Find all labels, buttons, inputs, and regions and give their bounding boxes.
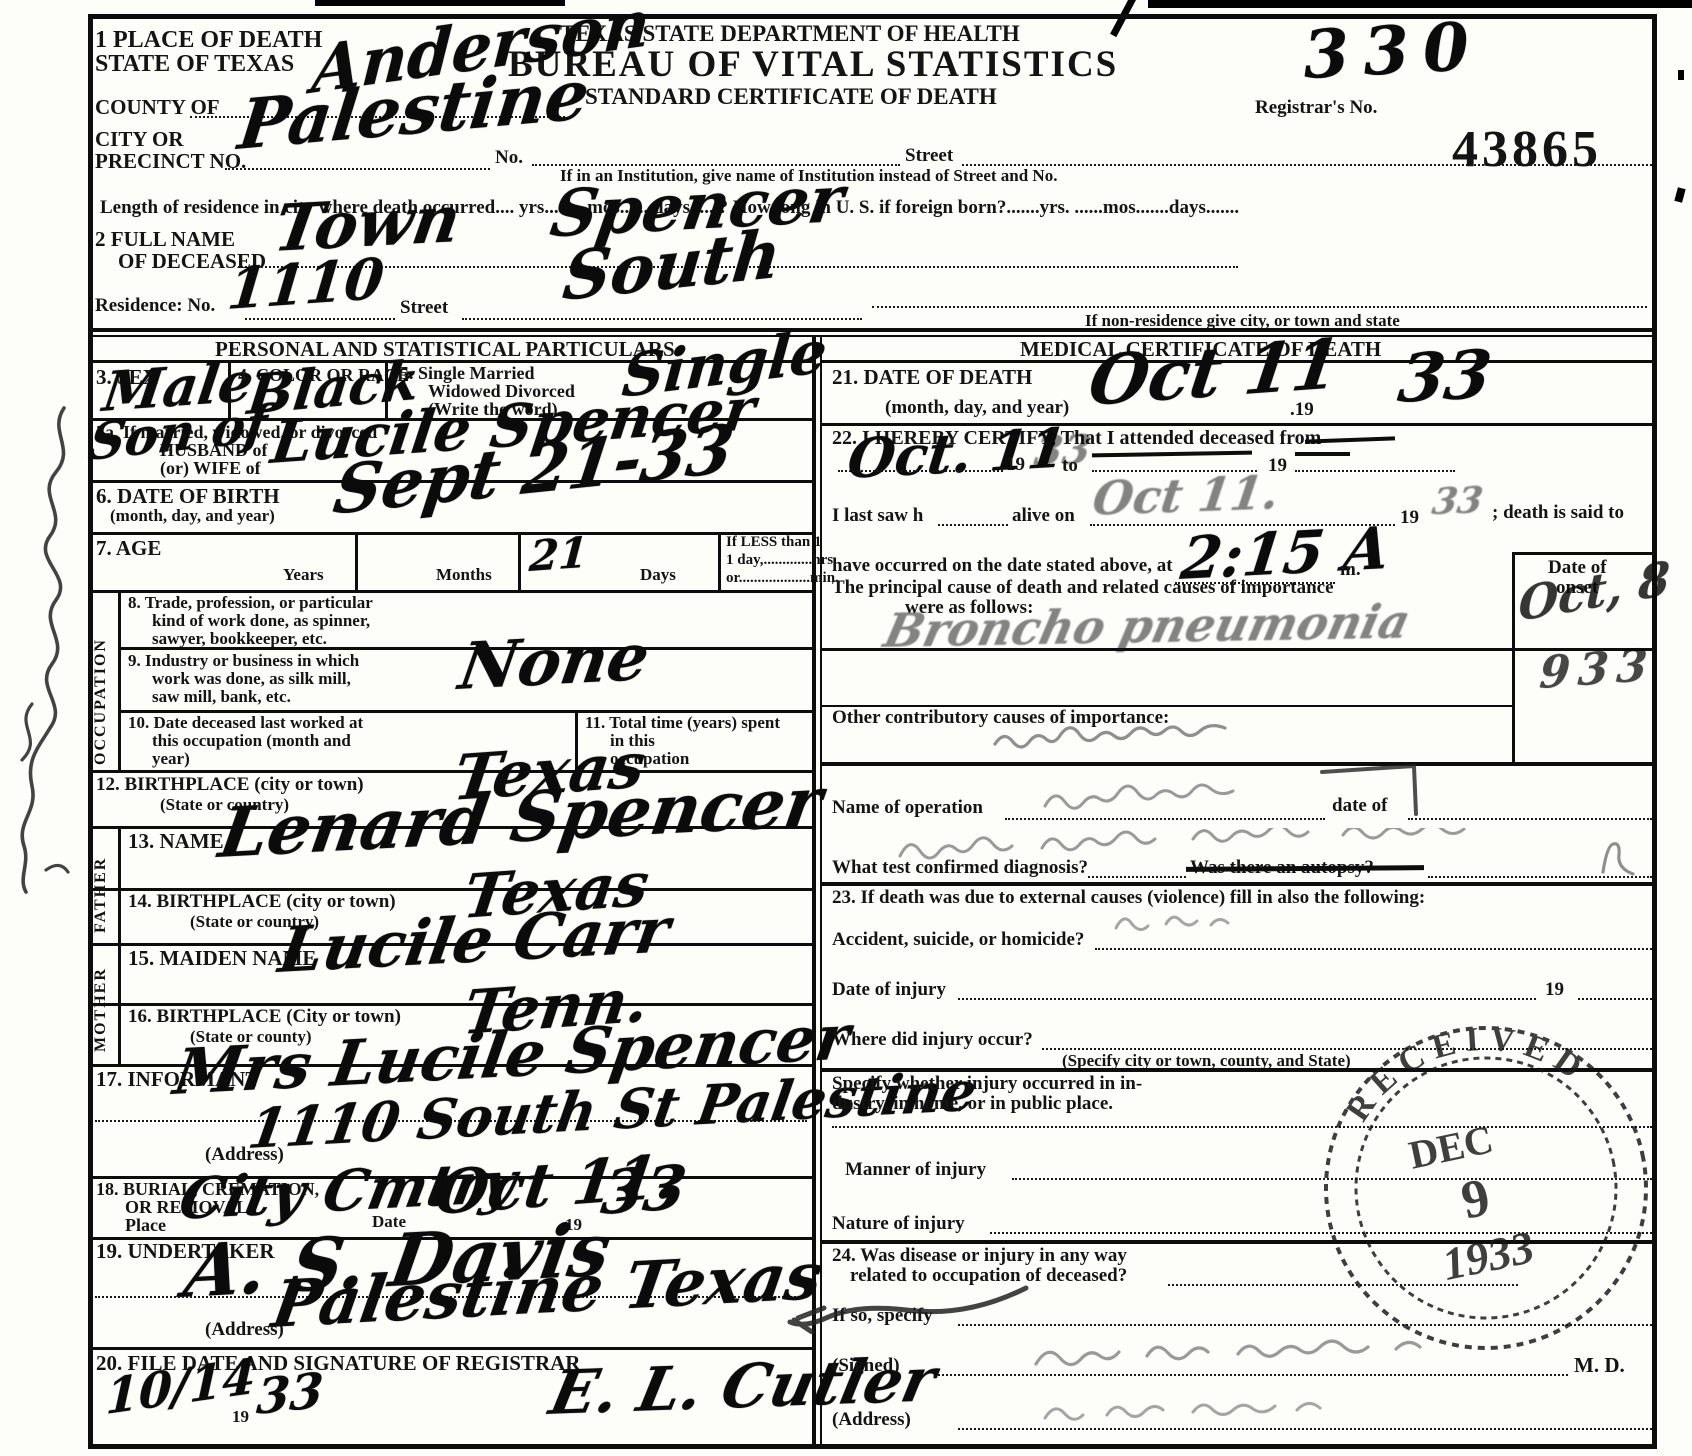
illegible-handwriting [990, 722, 1250, 756]
f13-label: 13. NAME [128, 830, 224, 852]
manner-label: Manner of injury [845, 1160, 986, 1180]
double-rule [88, 328, 1657, 332]
f9-label-3: saw mill, bank, etc. [152, 688, 291, 706]
signed-label: (Signed) [832, 1356, 900, 1376]
illegible-handwriting [1040, 780, 1250, 818]
operation-label: Name of operation [832, 798, 983, 818]
f16-label-1: 16. BIRTHPLACE (City or town) [128, 1007, 401, 1027]
file-19-label: 19 [232, 1408, 249, 1426]
dotted-line [1408, 818, 1652, 820]
f10-label-3: year) [152, 750, 190, 768]
rule-thick [820, 762, 1657, 766]
f21-sublabel: (month, day, and year) [885, 398, 1069, 418]
stamp-day: 9 [1456, 1166, 1495, 1230]
place-of-death-label: 1 PLACE OF DEATH [95, 28, 322, 53]
years-label: Years [283, 566, 324, 584]
dotted-line [1005, 818, 1325, 820]
no-label: No. [495, 148, 523, 168]
md-address-label: (Address) [832, 1410, 911, 1430]
rule [88, 1347, 812, 1350]
f24-label-1: 24. Was disease or injury in any way [832, 1246, 1127, 1266]
industry-value: None [455, 626, 653, 700]
f10-label-2: this occupation (month and [152, 732, 351, 750]
residence-label: Residence: No. [95, 296, 215, 316]
state-of-texas-label: STATE OF TEXAS [95, 52, 294, 77]
mother-vertical-label: MOTHER [92, 952, 110, 1052]
stamp-year: 1933 [1438, 1221, 1539, 1290]
dotted-line [938, 524, 1008, 526]
form-border-bottom [88, 1444, 1657, 1449]
street-label-2: Street [400, 298, 448, 318]
cell-divider [518, 532, 521, 590]
occurred-label: have occurred on the date stated above, … [832, 556, 1173, 576]
pen-strike [1186, 865, 1424, 872]
dotted-line [1295, 470, 1455, 472]
f10-label-1: 10. Date deceased last worked at [128, 714, 363, 732]
onset-box-left [1512, 552, 1515, 764]
header-line-3: STANDARD CERTIFICATE OF DEATH [585, 85, 997, 109]
onset-box-top [1512, 552, 1652, 555]
days-label: Days [640, 566, 676, 584]
f21-label: 21. DATE OF DEATH [832, 366, 1032, 388]
illegible-handwriting [1040, 1392, 1340, 1428]
rule-thick [820, 882, 1657, 886]
dotted-line [958, 998, 1536, 1000]
age-label: 7. AGE [96, 537, 161, 559]
onset-year-value: 933 [1538, 644, 1657, 696]
rule [88, 532, 812, 535]
death-19-label: .19 [1290, 400, 1314, 420]
last-saw-year-value: 33 [1430, 482, 1485, 520]
age-days-value: 21 [528, 532, 589, 578]
m-label: m. [1340, 560, 1361, 580]
injury-where-label: Where did injury occur? [832, 1030, 1033, 1050]
county-of-label: COUNTY OF [95, 96, 220, 118]
principal-cause-label-1: The principal cause of death and related… [832, 578, 1334, 598]
scan-speck [1674, 187, 1685, 203]
injury-date-label: Date of injury [832, 980, 946, 1000]
dotted-line [225, 168, 490, 170]
f8-label-2: kind of work done, as spinner, [152, 612, 370, 630]
strip-divider [118, 590, 121, 770]
file-year-value: 33 [255, 1366, 325, 1422]
occupation-vertical-label: OCCUPATION [92, 600, 110, 765]
f18-label-3: Place [125, 1216, 166, 1235]
nature-label: Nature of injury [832, 1214, 965, 1234]
specify-label-2: dustry, in home, or in public place. [832, 1094, 1113, 1114]
last-saw-label-2: alive on [1012, 506, 1075, 526]
personal-section-title: PERSONAL AND STATISTICAL PARTICULARS [215, 338, 675, 360]
cell-divider [718, 532, 721, 590]
f9-label-2: work was done, as silk mill, [152, 670, 351, 688]
father-vertical-label: FATHER [92, 838, 110, 933]
dob-label: 6. DATE OF BIRTH [96, 485, 280, 507]
onset-date-value: Oct, 8 [1518, 554, 1671, 628]
street-label: Street [905, 146, 953, 166]
svg-text:RECEIVED: RECEIVED [1327, 996, 1601, 1140]
dotted-line [872, 306, 1647, 308]
to-label: to [1062, 456, 1078, 476]
pen-box-mark [1318, 762, 1428, 820]
dotted-line [1088, 876, 1186, 878]
scan-smudge [1148, 0, 1692, 8]
pen-dash [1092, 451, 1252, 458]
city-or-label: CITY OR [95, 128, 183, 150]
f8-label-1: 8. Trade, profession, or particular [128, 594, 373, 612]
specify-label-1: Specify whether injury occurred in in- [832, 1074, 1142, 1094]
death-year-value: 33 [1395, 341, 1495, 412]
f8-label-3: sawyer, bookkeeper, etc. [152, 630, 327, 648]
pen-flourish [784, 1272, 1034, 1334]
less-than-label-1: If LESS than 1 [726, 535, 821, 551]
dotted-line [1095, 948, 1652, 950]
registrar-no-value: 330 [1302, 13, 1485, 88]
received-stamp: RECEIVED DEC 9 1933 [1265, 967, 1692, 1408]
dob-sublabel: (month, day, and year) [110, 507, 275, 525]
illegible-handwriting [1110, 902, 1230, 938]
illegible-handwriting [1595, 838, 1645, 880]
last-saw-date-value: Oct 11. [1090, 469, 1282, 522]
f9-label-1: 9. Industry or business in which [128, 652, 359, 670]
strip-divider [118, 826, 121, 943]
street-value: South [560, 220, 784, 310]
death-certificate-scan: 1 PLACE OF DEATH STATE OF TEXAS TEXAS ST… [0, 0, 1692, 1456]
pen-dash [1295, 452, 1350, 456]
cell-divider [355, 532, 358, 590]
from-19-label: 19 [1006, 455, 1025, 475]
death-said-label: ; death is said to [1492, 503, 1624, 523]
dotted-line [838, 470, 1003, 472]
last-saw-19-label: 19 [1400, 508, 1419, 528]
registrar-no-label: Registrar's No. [1255, 98, 1377, 118]
months-label: Months [436, 566, 492, 584]
test-label: What test confirmed diagnosis? [832, 858, 1088, 878]
less-than-label-2: 1 day,.............hrs. [726, 553, 837, 569]
full-name-label-1: 2 FULL NAME [95, 228, 235, 250]
residence-no-value: 1110 [225, 251, 386, 318]
stamp-arc-text: RECEIVED [1327, 996, 1601, 1140]
dotted-line [958, 1428, 1652, 1430]
margin-annotation [2, 400, 86, 900]
last-saw-label-1: I last saw h [832, 506, 923, 526]
stamp-month: DEC [1405, 1116, 1497, 1178]
cause-of-death-value: Broncho pneumonia [880, 599, 1414, 654]
precinct-no-label: PRECINCT NO. [95, 150, 246, 172]
less-than-label-3: or...................min. [726, 571, 839, 587]
scan-speck [1678, 70, 1684, 80]
rule [820, 648, 1657, 651]
certificate-number: 43865 [1452, 122, 1602, 177]
accident-label: Accident, suicide, or homicide? [832, 930, 1084, 950]
